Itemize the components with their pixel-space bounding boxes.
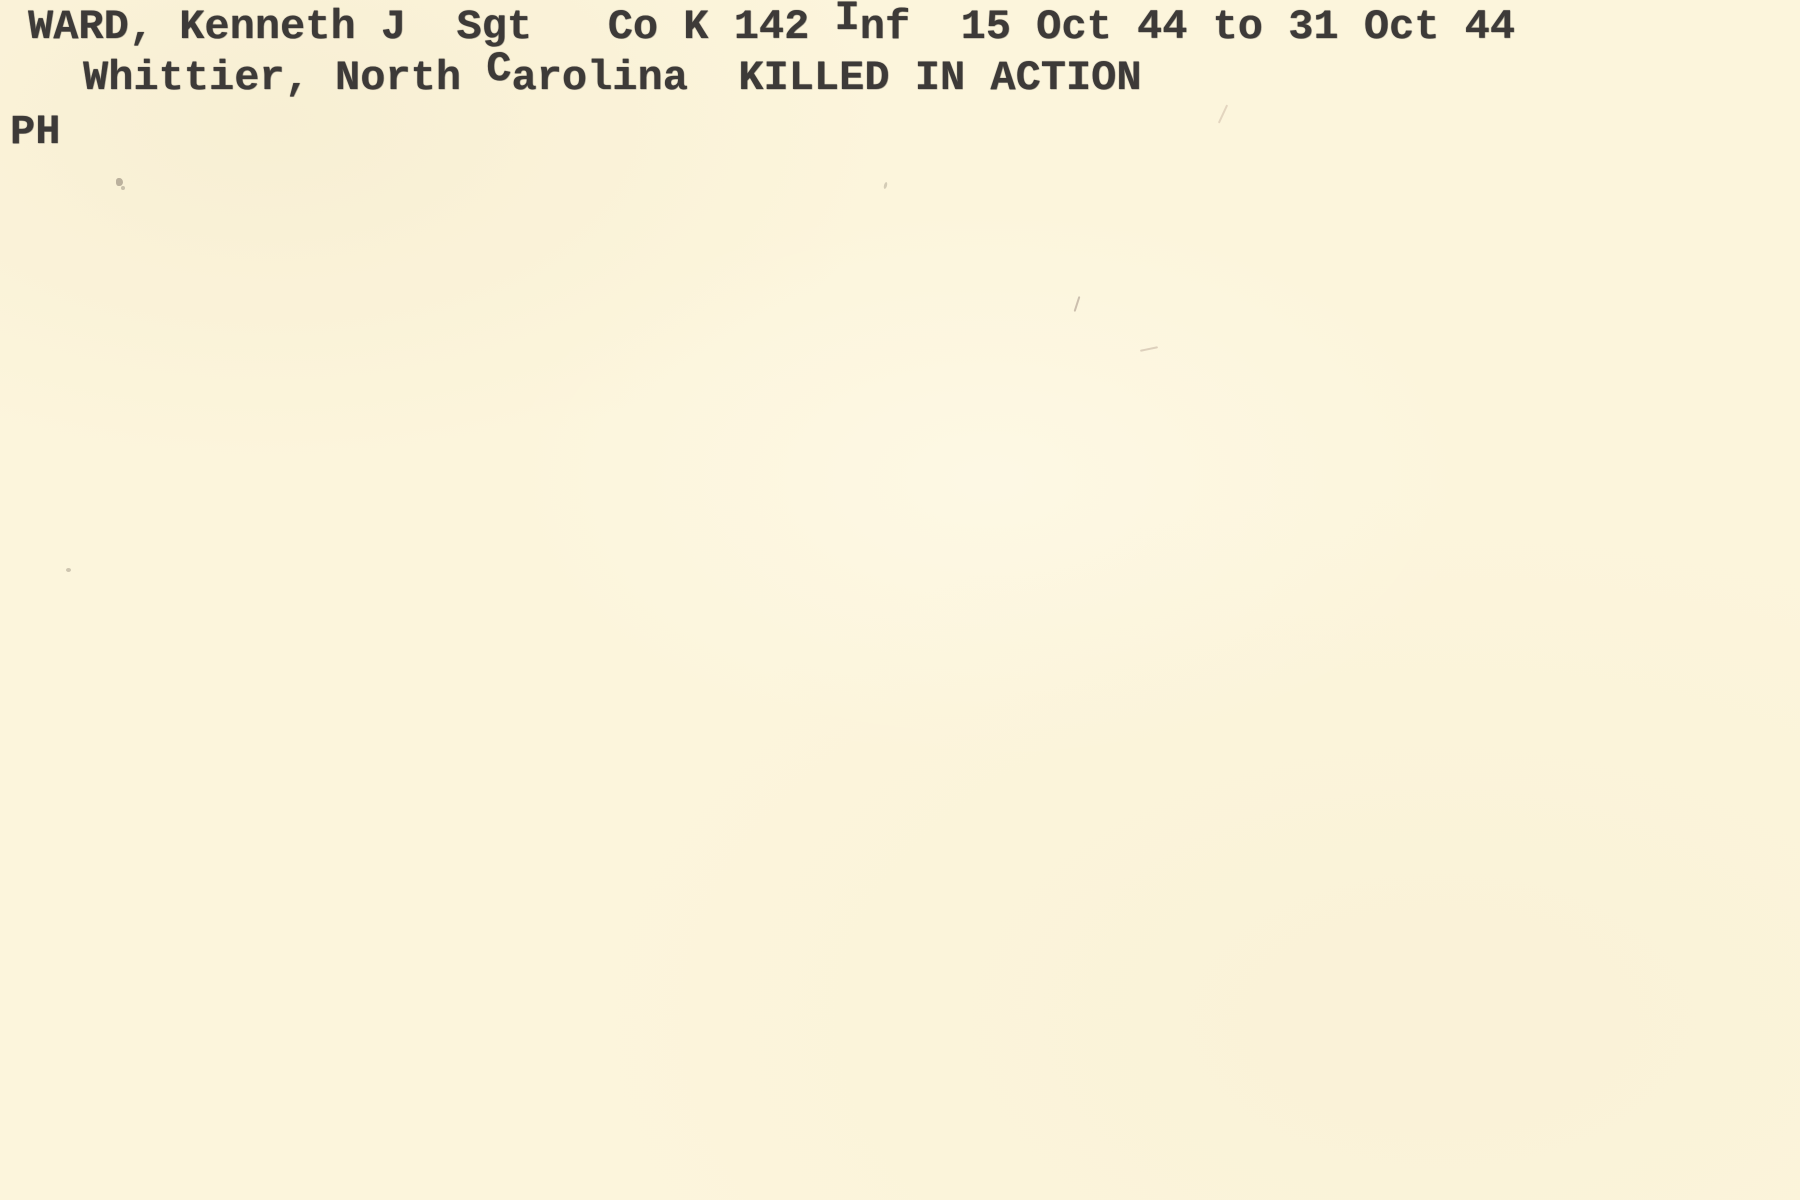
paper-speck <box>116 178 123 186</box>
service-line: WARD, Kenneth J Sgt Co K 142 Inf 15 Oct … <box>28 6 1515 48</box>
service-line-text: WARD, Kenneth J Sgt Co K 142 <box>28 3 835 51</box>
paper-speck <box>66 568 71 572</box>
status-text: arolina KILLED IN ACTION <box>511 54 1141 102</box>
index-card: WARD, Kenneth J Sgt Co K 142 Inf 15 Oct … <box>0 0 1800 1200</box>
paper-fiber <box>1140 346 1158 352</box>
paper-speck <box>883 182 888 190</box>
hometown-status-line: Whittier, North Carolina KILLED IN ACTIO… <box>83 57 1142 99</box>
paper-speck <box>121 186 125 190</box>
paper-fiber <box>1074 296 1081 312</box>
service-line-raised-char: I <box>835 0 860 42</box>
service-line-dates: nf 15 Oct 44 to 31 Oct 44 <box>860 3 1515 51</box>
award-line: PH <box>10 111 60 153</box>
paper-fiber <box>1218 105 1228 124</box>
hometown-text: Whittier, North <box>83 54 486 102</box>
hometown-raised-char: C <box>486 45 511 93</box>
